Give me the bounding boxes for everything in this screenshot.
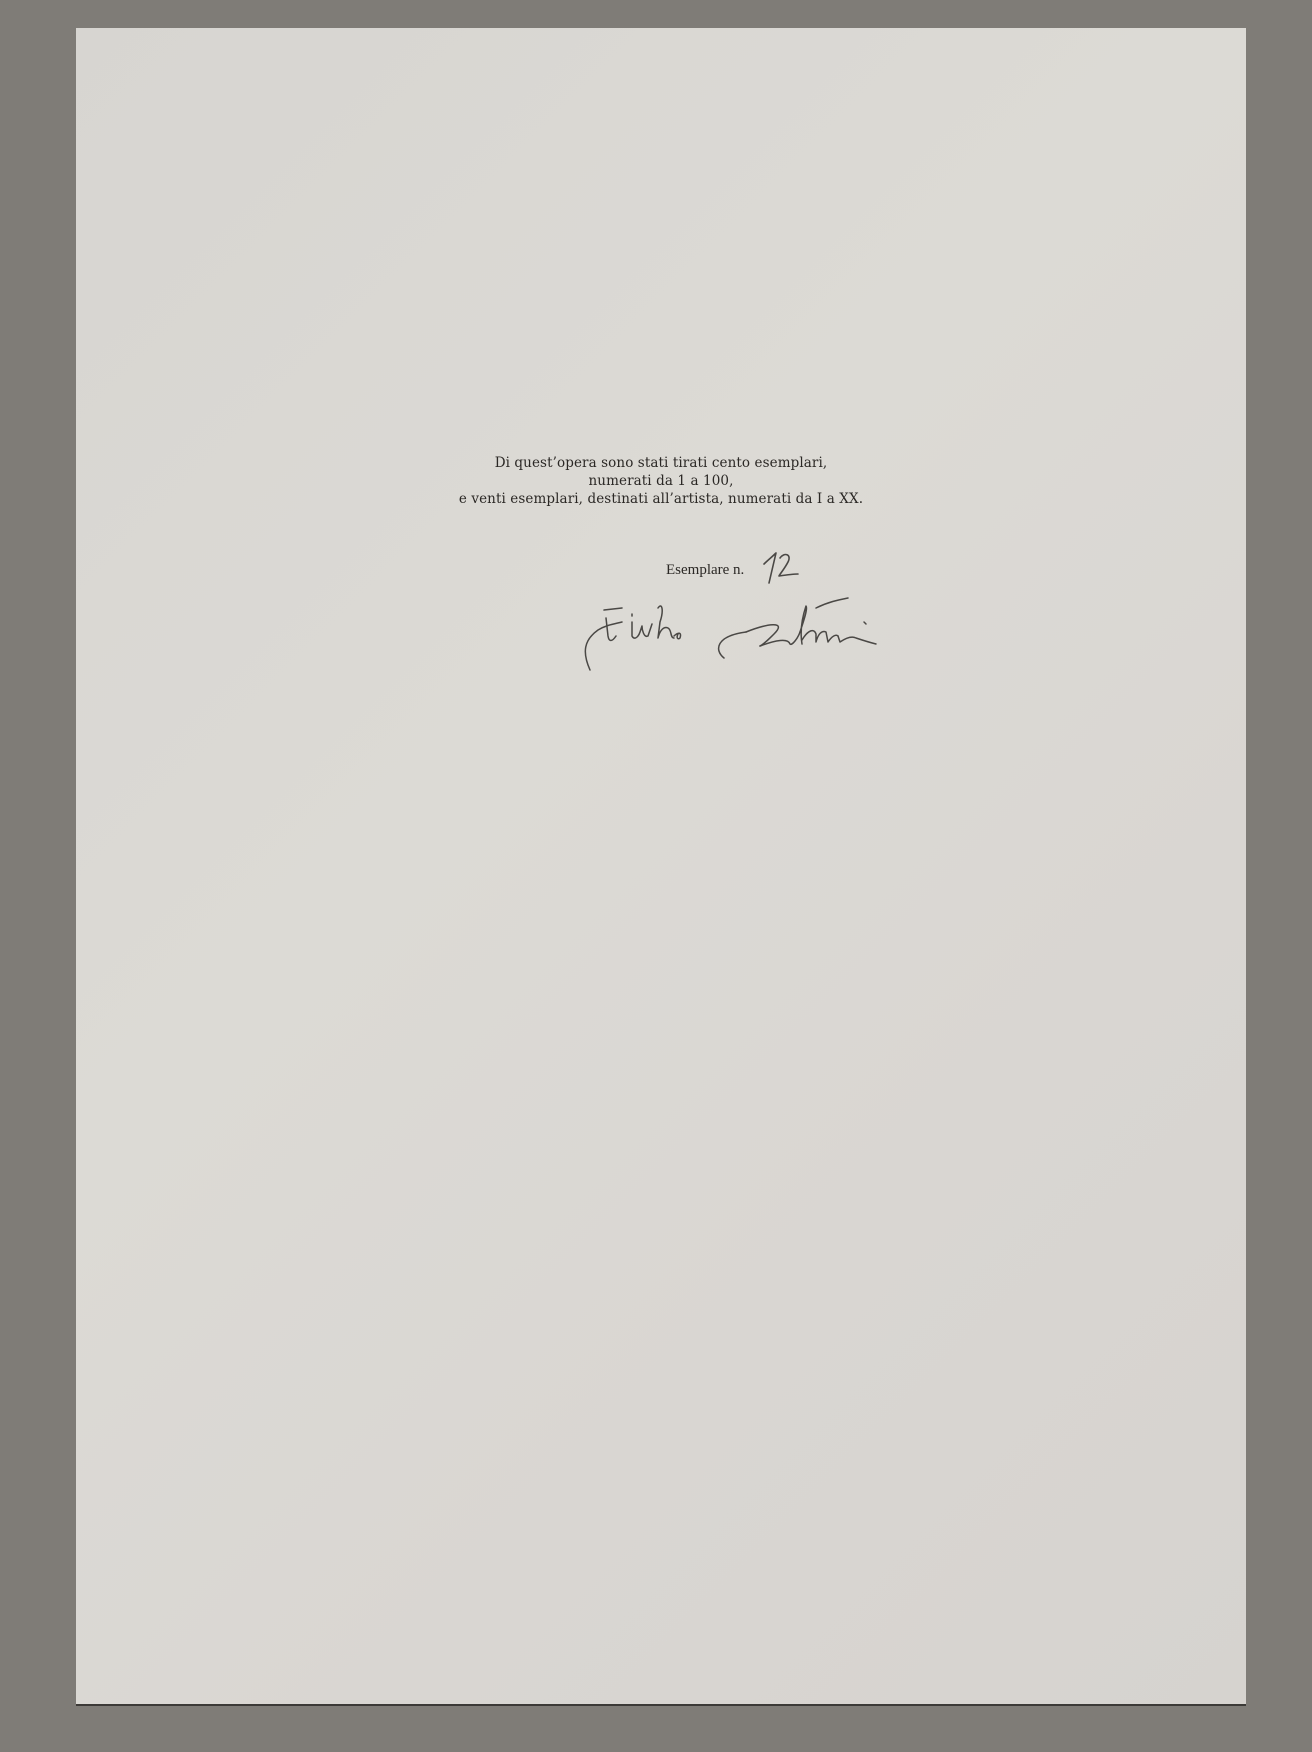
- colophon-line-1: Di quest’opera sono stati tirati cento e…: [76, 454, 1246, 472]
- colophon-line-3: e venti esemplari, destinati all’artista…: [76, 490, 1246, 508]
- exemplar-label: Esemplare n.: [666, 562, 744, 579]
- paper-sheet: Di quest’opera sono stati tirati cento e…: [76, 28, 1246, 1704]
- signature-strokes: [576, 580, 936, 680]
- colophon-text: Di quest’opera sono stati tirati cento e…: [76, 454, 1246, 508]
- colophon-line-2: numerati da 1 a 100,: [76, 472, 1246, 490]
- artist-signature: Handwritten artist signature: [576, 580, 936, 680]
